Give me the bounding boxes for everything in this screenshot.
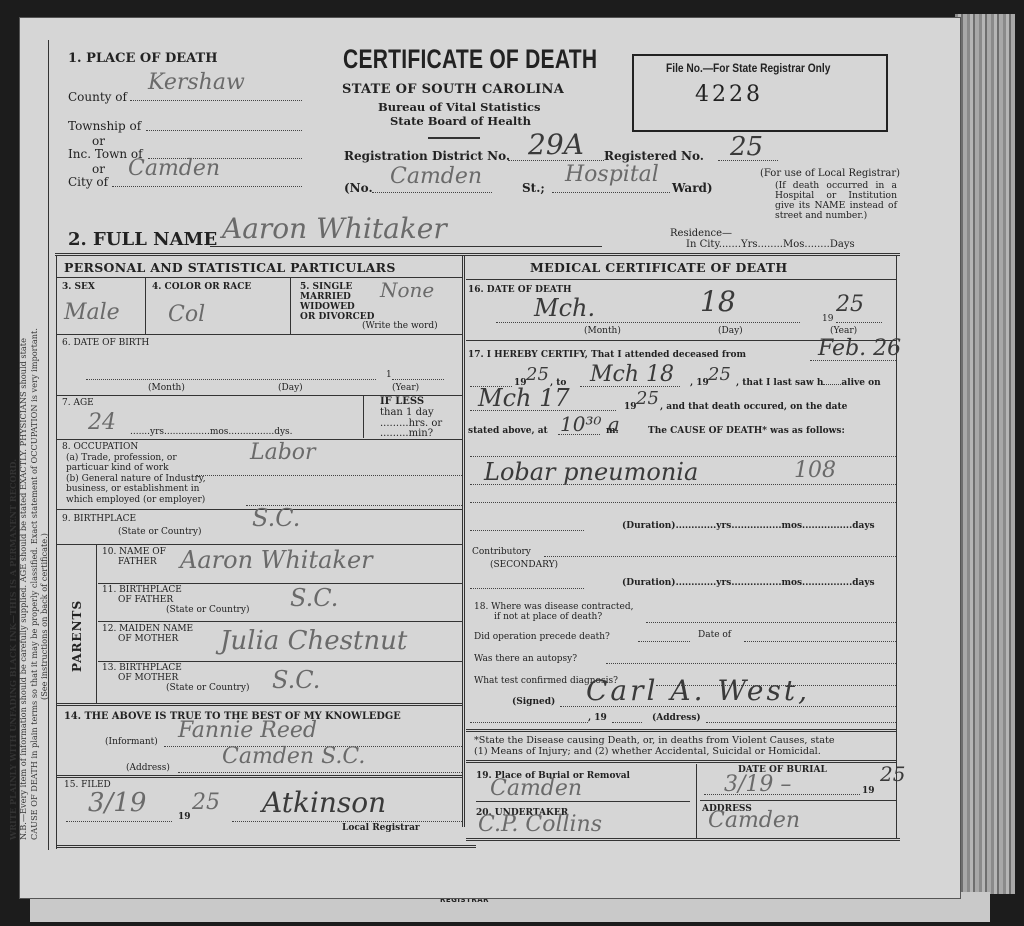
- if-less-label: IF LESS than 1 day .........hrs. or ....…: [380, 397, 442, 440]
- parents-divider: [96, 545, 97, 703]
- dob-month-caption: (Month): [148, 383, 185, 393]
- occupation-sub: particuar kind of work: [62, 463, 206, 474]
- alive-on-label: alive on: [841, 378, 880, 388]
- dys-label: dys.: [274, 427, 292, 437]
- mother-birthplace-value[interactable]: S.C.: [272, 666, 320, 694]
- section-divider: [56, 775, 462, 778]
- contributory-line: [544, 556, 896, 557]
- death-occurred-text: , and that death occured, on the date: [660, 402, 847, 412]
- row-divider: [98, 583, 462, 584]
- father-name-value[interactable]: Aaron Whitaker: [180, 546, 373, 574]
- attended-from-year-value[interactable]: 25: [526, 364, 549, 385]
- physician-address-line: [706, 722, 896, 723]
- marital-option: MARRIED: [300, 292, 374, 302]
- medical-heading: MEDICAL CERTIFICATE OF DEATH: [530, 261, 788, 275]
- burial-year-value[interactable]: 25: [880, 762, 905, 786]
- city-label: City of: [68, 176, 108, 190]
- sex-value[interactable]: Male: [64, 300, 120, 325]
- full-name-value[interactable]: Aaron Whitaker: [222, 212, 447, 245]
- day-caption: (Day): [718, 326, 743, 336]
- duration-line: [470, 530, 584, 531]
- label-line: (State or Country): [102, 684, 249, 694]
- year-prefix: 19: [696, 378, 709, 388]
- birthplace-label: 9. BIRTHPLACE: [62, 514, 136, 524]
- mos-label: mos.: [781, 521, 805, 531]
- dob-year-caption: (Year): [392, 383, 419, 393]
- yrs-label: yrs.: [150, 427, 167, 437]
- dod-month-value[interactable]: Mch.: [534, 294, 595, 322]
- in-city-label: In City: [686, 239, 719, 250]
- filed-date-value[interactable]: 3/19: [88, 788, 146, 818]
- street-no-value[interactable]: Camden: [390, 164, 482, 189]
- marital-label: 5. SINGLE MARRIED WIDOWED OR DIVORCED: [300, 282, 374, 322]
- marital-option: 5. SINGLE: [300, 282, 374, 292]
- page-stack-edge: [955, 14, 1015, 894]
- city-value[interactable]: Camden: [128, 156, 220, 181]
- county-label: County of: [68, 91, 127, 105]
- registered-value[interactable]: 25: [730, 132, 763, 162]
- footnote-line: (1) Means of Injury; and (2) whether Acc…: [474, 746, 835, 757]
- occupation-line-a: [196, 475, 462, 476]
- occupation-heading: 8. OCCUPATION: [62, 442, 206, 453]
- center-divider: [462, 255, 465, 827]
- duration-label: (Duration): [622, 521, 676, 531]
- last-saw-date-value[interactable]: Mch 17: [478, 384, 570, 412]
- notice-line: WRITE PLAINLY WITH UNFADING BLACK INK—TH…: [8, 328, 18, 840]
- document-title: CERTIFICATE OF DEATH: [343, 44, 597, 75]
- dod-day-value[interactable]: 18: [700, 285, 736, 318]
- label-line: (State or Country): [102, 606, 249, 616]
- row-divider: [56, 544, 462, 545]
- notice-line: (See instructions on back of certificate…: [39, 328, 49, 840]
- last-saw-label: , that I last saw h: [736, 378, 823, 388]
- township-line: [146, 130, 302, 131]
- mos-label: mos.: [781, 578, 805, 588]
- year-prefix: 19: [624, 402, 637, 412]
- father-birthplace-value[interactable]: S.C.: [290, 584, 338, 612]
- primary-duration: (Duration).............yrs..............…: [622, 521, 875, 531]
- father-birthplace-label: 11. BIRTHPLACE OF FATHER (State or Count…: [102, 586, 249, 616]
- color-value[interactable]: Col: [168, 302, 205, 327]
- frame-bottom-left: [56, 845, 476, 848]
- last-saw-year-value[interactable]: 25: [636, 388, 659, 409]
- section-divider: [466, 729, 896, 732]
- residence-label: Residence—: [670, 228, 732, 240]
- parents-label: PARENTS: [70, 600, 84, 672]
- section-divider: [56, 703, 462, 706]
- informant-address-value[interactable]: Camden S.C.: [222, 744, 365, 769]
- burial-year-prefix: 19: [862, 786, 875, 796]
- yrs-label: yrs.: [716, 578, 734, 588]
- burial-place-line: [476, 801, 690, 802]
- board-name: State Board of Health: [390, 115, 531, 128]
- month-caption: (Month): [584, 326, 621, 336]
- ward-line: [552, 192, 670, 193]
- cause-code[interactable]: 108: [794, 458, 836, 483]
- registrar-line: [232, 821, 462, 822]
- cause-line: [470, 484, 896, 485]
- autopsy-line: [606, 663, 896, 664]
- signed-year-prefix: , 19: [588, 713, 607, 723]
- sidebar-notice: WRITE PLAINLY WITH UNFADING BLACK INK—TH…: [8, 328, 49, 840]
- cause-footnote: *State the Disease causing Death, or, in…: [474, 735, 835, 757]
- residence-fields: In City.......Yrs........Mos........Days: [686, 239, 855, 251]
- dob-label: 6. DATE OF BIRTH: [62, 338, 149, 348]
- township-label: Township of: [68, 120, 141, 134]
- yrs-label: yrs.: [716, 521, 734, 531]
- filed-date-line: [66, 821, 172, 822]
- cause-value[interactable]: Lobar pneumonia: [484, 458, 698, 486]
- col-divider: [363, 396, 364, 438]
- occupation-sub: (b) General nature of Industry,: [62, 474, 206, 485]
- street-no-label: (No.: [344, 182, 373, 196]
- stated-above-label: stated above, at: [468, 426, 548, 436]
- marital-value[interactable]: None: [380, 278, 434, 302]
- occupation-label: 8. OCCUPATION (a) Trade, profession, or …: [62, 442, 206, 506]
- color-label: 4. COLOR OR RACE: [152, 282, 251, 292]
- attended-to-year-value[interactable]: 25: [708, 364, 731, 385]
- marital-note: (Write the word): [362, 321, 438, 331]
- label-line: FATHER: [102, 558, 166, 568]
- mos-label: mos.: [210, 427, 231, 437]
- signed-date-line: [470, 722, 588, 723]
- local-registrar-note: (For use of Local Registrar): [760, 168, 900, 180]
- frame-bottom-right: [466, 838, 900, 841]
- registrar-signature[interactable]: Atkinson: [262, 786, 386, 819]
- duration-line: [470, 588, 584, 589]
- ward-label: Ward): [672, 182, 713, 196]
- col-divider: [290, 278, 291, 334]
- notice-line: N.B.—Every item of information should be…: [18, 328, 28, 840]
- attended-from-value[interactable]: Feb. 26: [818, 336, 901, 361]
- mother-name-label: 12. MAIDEN NAME OF MOTHER: [102, 625, 193, 645]
- registrar-label: Local Registrar: [342, 823, 420, 833]
- burial-place-value[interactable]: Camden: [490, 776, 582, 801]
- full-name-label: 2. FULL NAME: [68, 230, 217, 251]
- age-units: .......yrs................mos...........…: [130, 427, 293, 437]
- informant-value[interactable]: Fannie Reed: [178, 718, 317, 743]
- informant-address-label: (Address): [126, 763, 170, 773]
- state-name: STATE OF SOUTH CAROLINA: [342, 83, 564, 98]
- birthplace-sub: (State or Country): [118, 527, 201, 537]
- personal-heading: PERSONAL AND STATISTICAL PARTICULARS: [64, 261, 396, 275]
- secondary-duration: (Duration).............yrs..............…: [622, 578, 875, 588]
- row-divider: [98, 661, 462, 662]
- operation-label: Did operation precede death?: [474, 632, 610, 642]
- burial-date-line: [704, 794, 860, 795]
- burial-divider: [700, 800, 896, 801]
- filed-year-value[interactable]: 25: [192, 790, 220, 815]
- file-number-label: File No.—For State Registrar Only: [666, 62, 830, 76]
- mother-name-value[interactable]: Julia Chestnut: [220, 626, 407, 656]
- dob-year-prefix: 1: [386, 370, 392, 380]
- ward-value[interactable]: Hospital: [565, 162, 659, 187]
- bureau-name: Bureau of Vital Statistics: [378, 101, 541, 114]
- cause-heading: The CAUSE OF DEATH* was as follows:: [648, 426, 845, 436]
- dod-line: [496, 322, 800, 323]
- informant-label: (Informant): [105, 737, 158, 747]
- time-suffix: m.: [606, 426, 619, 436]
- street-label: St.;: [522, 182, 545, 196]
- occupation-sub: (a) Trade, profession, or: [62, 453, 206, 464]
- contributory-label: Contributory: [472, 547, 531, 557]
- occupation-sub: which employed (or employer): [62, 495, 206, 506]
- contracted-line: [646, 622, 896, 623]
- last-saw-text: , that I last saw halive on: [736, 378, 881, 388]
- hospital-note: (If death occurred in a Hospital or Inst…: [775, 181, 897, 221]
- frame-left: [56, 255, 57, 849]
- marital-option: WIDOWED: [300, 302, 374, 312]
- attended-to-value[interactable]: Mch 18: [590, 362, 674, 387]
- age-value[interactable]: 24: [88, 410, 116, 435]
- operation-date-label: Date of: [698, 630, 731, 640]
- informant-address-line: [178, 772, 462, 773]
- operation-line: [638, 641, 690, 642]
- question-line: 18. Where was disease contracted,: [474, 602, 634, 612]
- age-label: 7. AGE: [62, 398, 94, 408]
- undertaker-address-value[interactable]: Camden: [708, 808, 800, 833]
- cause-line: [470, 456, 896, 457]
- hrs-label: hrs. or: [409, 418, 443, 429]
- district-value[interactable]: 29A: [528, 128, 584, 161]
- father-name-label: 10. NAME OF FATHER: [102, 548, 166, 568]
- days-label: days: [852, 578, 874, 588]
- dod-year-line: [836, 322, 882, 323]
- title-rule: [428, 137, 480, 139]
- col-divider: [696, 764, 697, 838]
- frame-top: [55, 253, 900, 256]
- question-line: if not at place of death?: [474, 612, 634, 622]
- row-divider: [98, 621, 462, 622]
- undertaker-value[interactable]: C.P. Collins: [478, 812, 602, 837]
- mos-label: Mos.: [783, 239, 808, 250]
- row-divider: [466, 279, 896, 280]
- signed-label: (Signed): [512, 697, 555, 707]
- filed-year-prefix: 19: [178, 812, 191, 822]
- county-value[interactable]: Kershaw: [148, 70, 245, 95]
- days-label: days: [852, 521, 874, 531]
- physician-signature[interactable]: Carl A. West,: [586, 674, 810, 707]
- year-caption: (Year): [830, 326, 857, 336]
- days-label: Days: [830, 239, 855, 250]
- full-name-line: [210, 246, 602, 247]
- dob-year-line: [392, 379, 444, 380]
- dod-year-value[interactable]: 25: [836, 292, 864, 317]
- certify-text: 17. I HEREBY CERTIFY, That I attended de…: [468, 350, 746, 360]
- mother-birthplace-label: 13. BIRTHPLACE OF MOTHER (State or Count…: [102, 664, 249, 694]
- attended-to-year: , 19: [690, 378, 709, 388]
- occupation-sub: business, or establishment in: [62, 484, 206, 495]
- notice-line: CAUSE OF DEATH in plain terms so that it…: [29, 328, 39, 840]
- duration-label: (Duration): [622, 578, 676, 588]
- operation-date-line: [744, 641, 896, 642]
- yrs-label: Yrs.: [741, 239, 761, 250]
- secondary-label: (SECONDARY): [490, 560, 558, 570]
- dob-day-caption: (Day): [278, 383, 303, 393]
- street-no-line: [372, 192, 492, 193]
- city-line: [112, 186, 302, 187]
- place-of-death-heading: 1. PLACE OF DEATH: [68, 52, 217, 67]
- physician-address-label: (Address): [652, 713, 701, 723]
- cause-line: [470, 502, 896, 503]
- min-label: min?: [409, 428, 433, 439]
- contracted-label: 18. Where was disease contracted, if not…: [474, 602, 634, 623]
- label-line: OF MOTHER: [102, 635, 193, 645]
- signed-year-line: [612, 722, 642, 723]
- col-divider: [145, 278, 146, 334]
- row-divider: [56, 334, 462, 335]
- autopsy-label: Was there an autopsy?: [474, 654, 577, 664]
- footnote-line: *State the Disease causing Death, or, in…: [474, 735, 835, 746]
- dob-line: [86, 379, 376, 380]
- county-line: [130, 100, 302, 101]
- birthplace-value[interactable]: S.C.: [252, 504, 300, 532]
- dod-year-prefix: 19: [822, 314, 833, 324]
- sex-label: 3. SEX: [62, 282, 95, 292]
- file-number-value: 4228: [695, 82, 763, 107]
- district-label: Registration District No.: [344, 150, 510, 164]
- occupation-value[interactable]: Labor: [250, 440, 316, 465]
- section-divider: [466, 760, 896, 763]
